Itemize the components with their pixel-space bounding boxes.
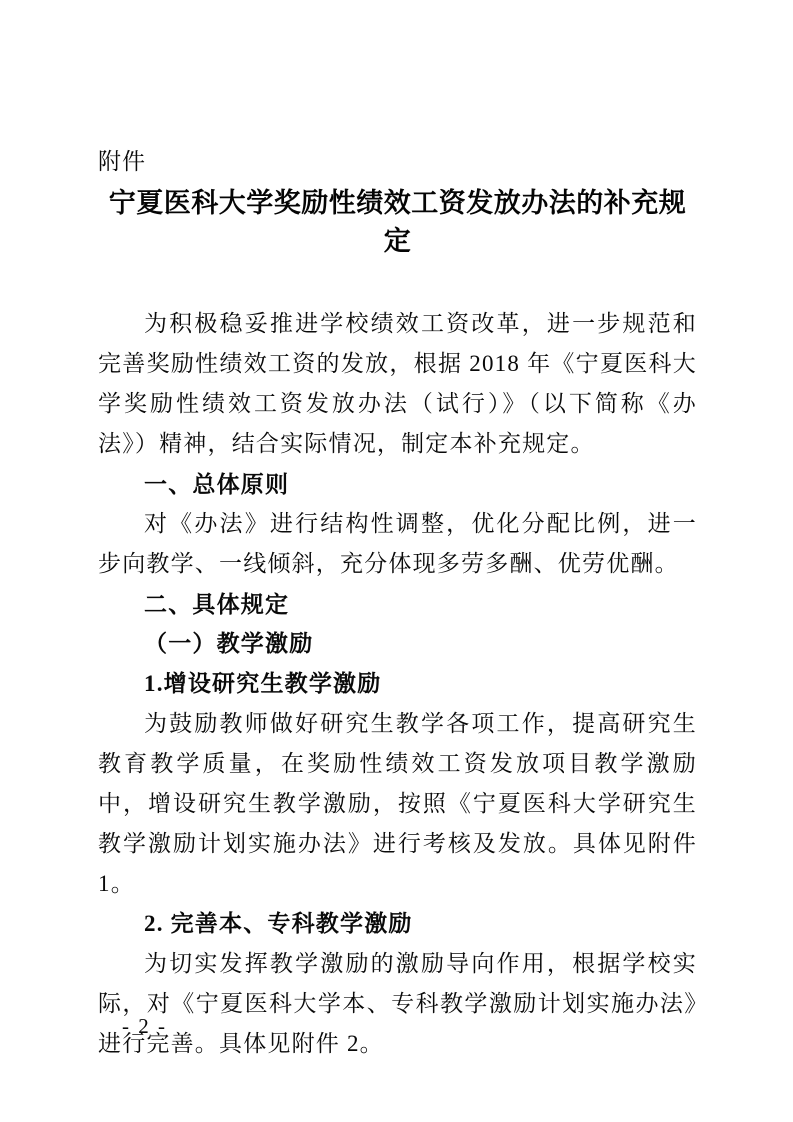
attachment-label: 附件 <box>98 146 697 176</box>
intro-paragraph: 为积极稳妥推进学校绩效工资改革，进一步规范和完善奖励性绩效工资的发放，根据 20… <box>98 304 697 464</box>
page-number: - 2 - <box>122 1014 167 1039</box>
title-spacer <box>98 260 697 304</box>
item-heading-undergraduate-teaching-incentive: 2. 完善本、专科教学激励 <box>98 904 697 944</box>
section-heading-specific-provisions: 二、具体规定 <box>98 584 697 624</box>
section-heading-general-principles: 一、总体原则 <box>98 464 697 504</box>
undergraduate-teaching-incentive-paragraph: 为切实发挥教学激励的激励导向作用，根据学校实际，对《宁夏医科大学本、专科教学激励… <box>98 944 697 1064</box>
subsection-heading-teaching-incentive: （一）教学激励 <box>98 624 697 664</box>
item-heading-graduate-teaching-incentive: 1.增设研究生教学激励 <box>98 664 697 704</box>
graduate-teaching-incentive-paragraph: 为鼓励教师做好研究生教学各项工作，提高研究生教育教学质量，在奖励性绩效工资发放项… <box>98 704 697 904</box>
document-title: 宁夏医科大学奖励性绩效工资发放办法的补充规定 <box>98 184 697 260</box>
document-content: 附件 宁夏医科大学奖励性绩效工资发放办法的补充规定 为积极稳妥推进学校绩效工资改… <box>98 146 697 1064</box>
general-principles-paragraph: 对《办法》进行结构性调整，优化分配比例，进一步向教学、一线倾斜，充分体现多劳多酬… <box>98 504 697 584</box>
document-page: 附件 宁夏医科大学奖励性绩效工资发放办法的补充规定 为积极稳妥推进学校绩效工资改… <box>0 0 793 1122</box>
